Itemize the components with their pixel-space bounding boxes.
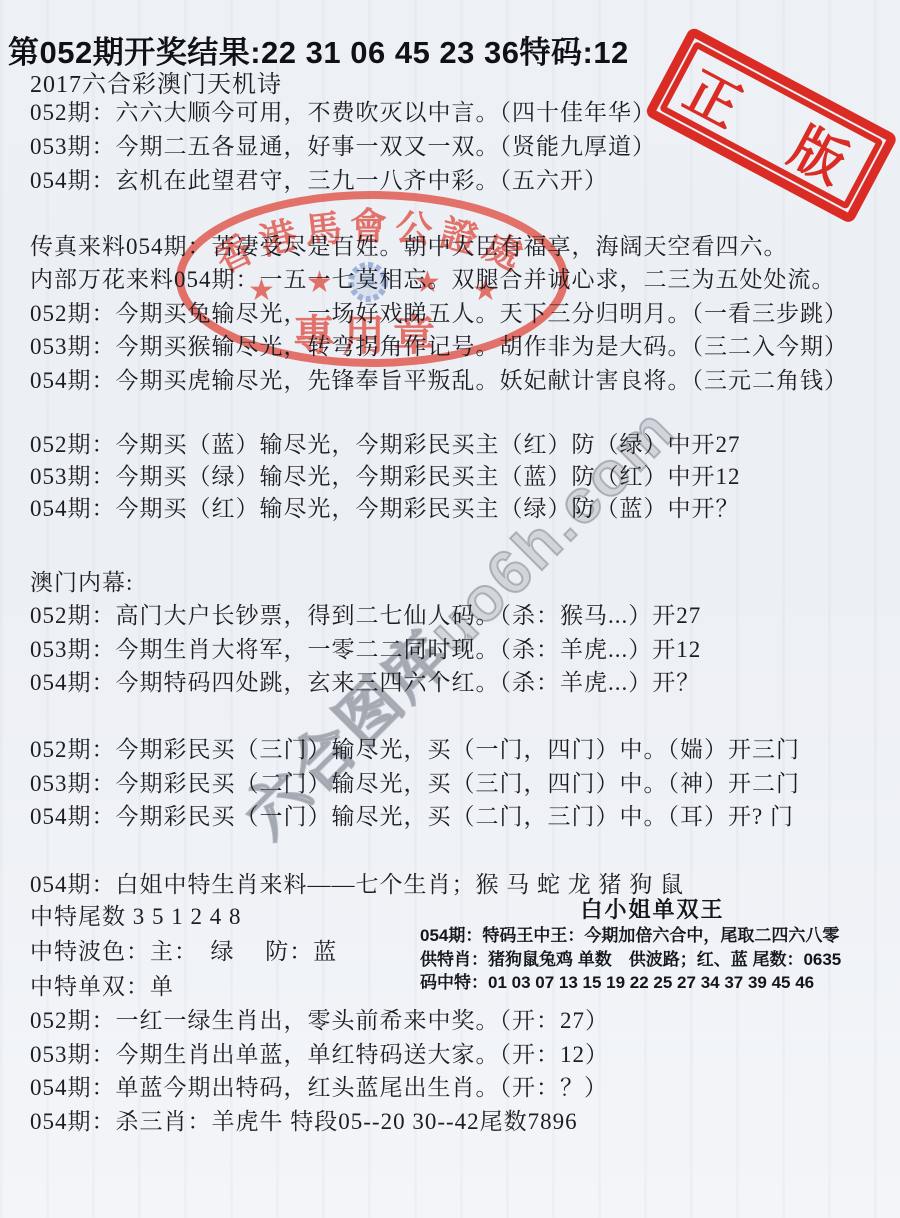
authentic-stamp-inner-border: 正 版 bbox=[659, 41, 884, 210]
tianji-poems-section: 052期：六六大顺今可用，不费吹灭以中言。（四十佳年华） 053期：今期二五各显… bbox=[30, 96, 656, 198]
insider-heading: 澳门内幕: bbox=[30, 566, 701, 599]
white-lady-box: 白小姐单双王 054期：特码王中王：今期加倍六合中，尾取二四六八零 供特肖：猪狗… bbox=[420, 893, 885, 995]
final-line: 053期：今期生肖出单蓝，单红特码送大家。（开：12） bbox=[30, 1038, 609, 1072]
insider-line: 054期：今期特码四处跳，玄来三四六个红。（杀：羊虎...）开？ bbox=[30, 666, 701, 699]
color-line: 054期：今期买（红）输尽光，今期彩民买主（绿）防（蓝）中开？ bbox=[30, 493, 741, 525]
color-wave-section: 052期：今期买（蓝）输尽光，今期彩民买主（红）防（绿）中开27 053期：今期… bbox=[30, 429, 741, 525]
zodiac-left-column: 中特尾数 3 5 1 2 4 8 中特波色：主： 绿 防：蓝 中特单双：单 bbox=[30, 899, 337, 1004]
fax-line: 内部万花来料054期：一五一七莫相忘。双腿合并诚心求，二三为五处处流。 bbox=[30, 263, 848, 296]
poem-line: 054期：玄机在此望君守，三九一八齐中彩。（五六开） bbox=[30, 164, 656, 198]
color-line: 052期：今期买（蓝）输尽光，今期彩民买主（红）防（绿）中开27 bbox=[30, 429, 741, 461]
insider-line: 052期：高门大户长钞票，得到二七仙人码。（杀：猴马...）开27 bbox=[30, 599, 701, 632]
door-line: 053期：今期彩民买（二门）输尽光，买（三门，四门）中。（神）开二门 bbox=[30, 767, 800, 801]
color-line: 053期：今期买（绿）输尽光，今期彩民买主（蓝）防（红）中开12 bbox=[30, 461, 741, 493]
authentic-stamp-text: 正 版 bbox=[657, 40, 885, 210]
final-predictions-section: 052期：一红一绿生肖出，零头前希来中奖。（开：27） 053期：今期生肖出单蓝… bbox=[30, 1004, 609, 1138]
white-lady-line: 供特肖：猪狗鼠兔鸡 单数 供波路；红、蓝 尾数：0635 bbox=[420, 948, 885, 972]
fax-line: 053期：今期买猴输尽光，转弯拐角作记号。胡作非为是大码。（三二入今期） bbox=[30, 330, 848, 363]
odd-even-line: 中特单双：单 bbox=[30, 969, 337, 1004]
white-lady-heading: 白小姐单双王 bbox=[420, 893, 885, 924]
white-lady-line: 码中特：01 03 07 13 15 19 22 25 27 34 37 39 … bbox=[420, 971, 885, 995]
door-line: 052期：今期彩民买（三门）输尽光，买（一门，四门）中。（媏）开三门 bbox=[30, 733, 800, 767]
white-lady-line: 054期：特码王中王：今期加倍六合中，尾取二四六八零 bbox=[420, 924, 885, 948]
doors-section: 052期：今期彩民买（三门）输尽光，买（一门，四门）中。（媏）开三门 053期：… bbox=[30, 733, 800, 834]
final-line: 054期：杀三肖：羊虎牛 特段05--20 30--42尾数7896 bbox=[30, 1105, 609, 1139]
page-subtitle: 2017六合彩澳门天机诗 bbox=[30, 64, 282, 99]
poem-line: 053期：今期二五各显通，好事一双又一双。（贤能九厚道） bbox=[30, 130, 656, 164]
fax-line: 052期：今期买兔输尽光，一场好戏睇五人。天下三分归明月。（一看三步跳） bbox=[30, 297, 848, 330]
authentic-stamp: 正 版 bbox=[644, 26, 898, 225]
insider-line: 053期：今期生肖大将军，一零二二同时现。（杀：羊虎...）开12 bbox=[30, 633, 701, 666]
fax-line: 054期：今期买虎输尽光，先锋奉旨平叛乱。妖妃献计害良将。（三元二角钱） bbox=[30, 364, 848, 397]
macau-insider-section: 澳门内幕: 052期：高门大户长钞票，得到二七仙人码。（杀：猴马...）开27 … bbox=[30, 566, 701, 700]
wave-color-line: 中特波色：主： 绿 防：蓝 bbox=[30, 934, 337, 969]
final-line: 052期：一红一绿生肖出，零头前希来中奖。（开：27） bbox=[30, 1004, 609, 1038]
fax-material-section: 传真来料054期：苦凄受尽是百姓。朝中大臣有福享，海阔天空看四六。 内部万花来料… bbox=[30, 230, 848, 397]
door-line: 054期：今期彩民买（一门）输尽光，买（二门，三门）中。（耳）开? 门 bbox=[30, 800, 800, 834]
final-line: 054期：单蓝今期出特码，红头蓝尾出生肖。（开：？） bbox=[30, 1071, 609, 1105]
fax-line: 传真来料054期：苦凄受尽是百姓。朝中大臣有福享，海阔天空看四六。 bbox=[30, 230, 848, 263]
poem-line: 052期：六六大顺今可用，不费吹灭以中言。（四十佳年华） bbox=[30, 96, 656, 130]
tail-numbers-line: 中特尾数 3 5 1 2 4 8 bbox=[30, 899, 337, 934]
lottery-sheet-page: { "header": { "title": "第052期开奖结果:22 31 … bbox=[0, 0, 900, 1218]
